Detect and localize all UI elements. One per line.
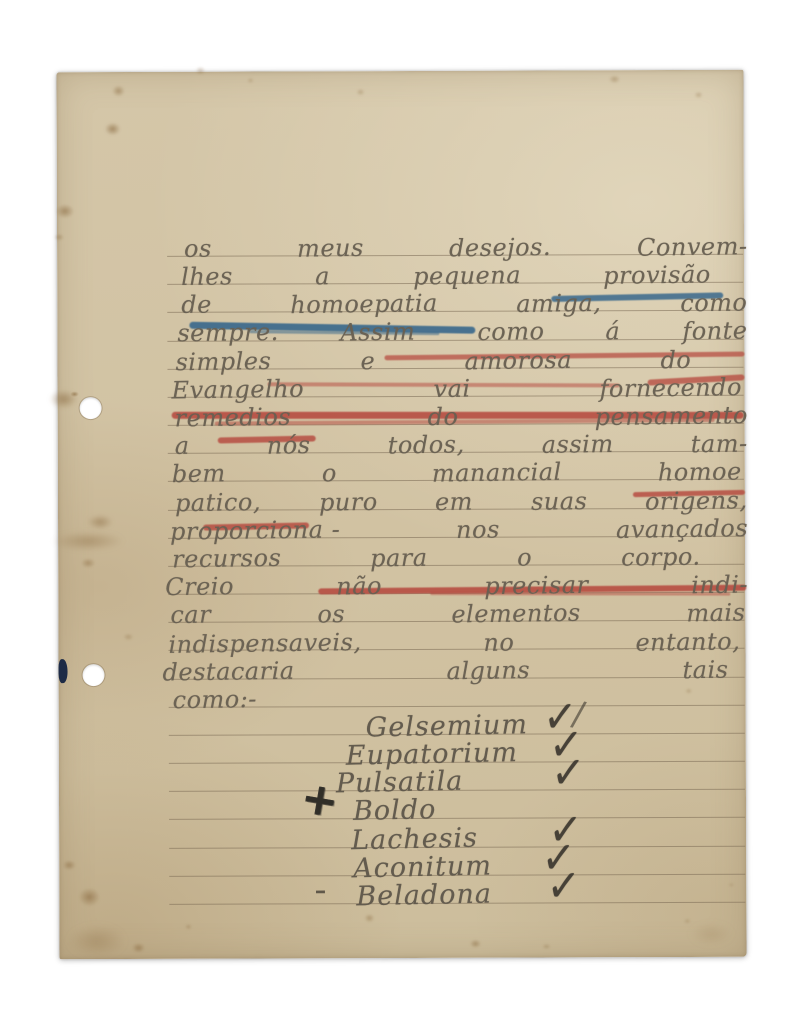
scan-backdrop: Scanned aged lined sheet with Portuguese… [0, 0, 806, 1024]
punch-holes-layer [56, 70, 746, 959]
punch-hole [80, 397, 102, 419]
punch-hole [83, 664, 105, 686]
ink-blot [59, 659, 68, 683]
manuscript-page: osmeusdesejos.Convem-lhesapequenaprovisã… [56, 70, 746, 959]
